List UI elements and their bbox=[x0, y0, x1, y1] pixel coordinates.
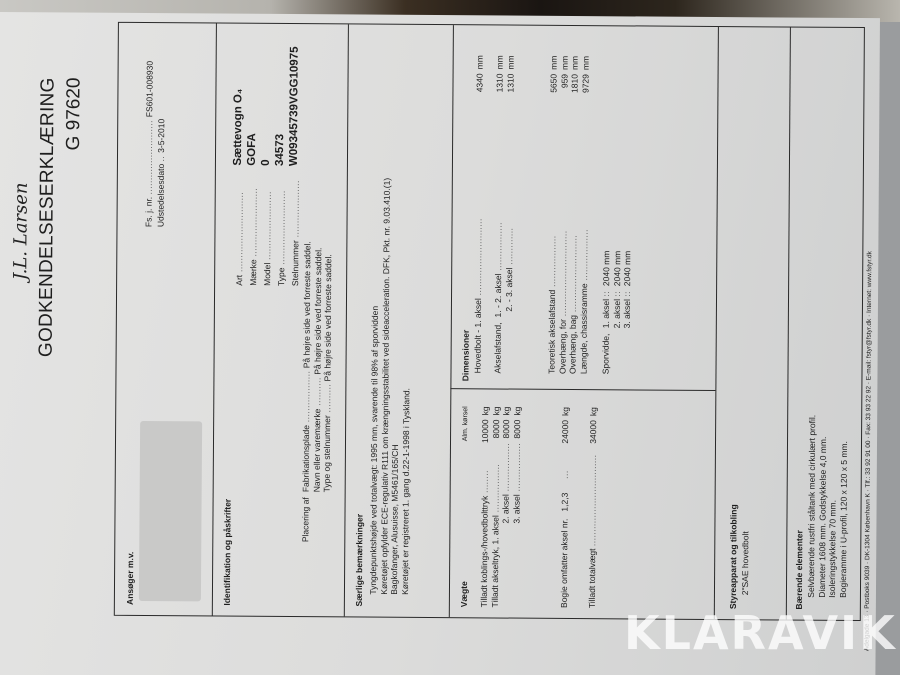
applicant-heading: Ansøger m.v. bbox=[125, 552, 135, 605]
weights-dimensions-row: Vægte Alm. kørsel Tilladt koblings-/hove… bbox=[449, 25, 719, 619]
fs-journal-value: FS601-008930 bbox=[144, 61, 154, 117]
remark-line: Køretøjet er registreret 1. gang d.22-1-… bbox=[399, 178, 412, 595]
signature: J.L. Larsen bbox=[10, 182, 32, 280]
vehicle-field-labels: Art ............................ Mærke .… bbox=[232, 180, 303, 286]
field-stelnummer-label: Stelnummer .................... bbox=[288, 180, 303, 286]
track-item: 2. aksel :: 2040 mm bbox=[611, 251, 622, 329]
field-type-value: 34573 bbox=[273, 46, 288, 166]
placement-item: Type og stelnummer .......... På højre s… bbox=[322, 241, 334, 492]
load-bearing-lines: Selvbærende rustfri ståltank med cirkulæ… bbox=[806, 415, 849, 598]
total-weight-label: Tilladt totalvægt bbox=[587, 548, 597, 608]
placement-list: Fabrikationsplade .................. På … bbox=[301, 241, 334, 492]
placement-label: Placering af bbox=[300, 497, 311, 542]
field-art-value: Sættevogn O₄ bbox=[231, 46, 246, 166]
footer-address: Adelgade 13 · Postboks 9039 · DK-1304 Kø… bbox=[864, 251, 874, 651]
fs-journal-label: Fs. j. nr. bbox=[144, 197, 154, 227]
column-divider bbox=[450, 388, 715, 391]
title-block: GODKENDELSESERKLÆRING G 97620 bbox=[33, 77, 37, 657]
other-dimensions-labels: Teoretisk akselafstand .................… bbox=[546, 229, 589, 374]
dimension-label: Længde, chassisramme .................. bbox=[578, 229, 590, 374]
bogie-label: Bogie omfatter aksel nr. bbox=[559, 519, 570, 608]
load-bearing-line: Isoleringstykkelse 70 mm. bbox=[827, 415, 839, 598]
weights-column-header: Alm. kørsel bbox=[462, 401, 469, 441]
fs-journal: Fs. j. nr. .......................... FS… bbox=[144, 61, 156, 227]
remarks-heading: Særlige bemærkninger bbox=[354, 514, 365, 607]
total-weight-row: Tilladt totalvægt ......................… bbox=[587, 454, 599, 608]
row-divider bbox=[786, 28, 791, 620]
weight-label: 3. aksel ................. bbox=[510, 443, 522, 608]
vehicle-field-values: Sættevogn O₄ GOFA 0 34573 W09345739VGG10… bbox=[231, 46, 302, 166]
bogie-value: 24000kg bbox=[560, 402, 571, 452]
weights-axle-values: 10000kg 8000kg 8000kg 8000kg bbox=[480, 401, 522, 451]
field-model-value: 0 bbox=[259, 46, 274, 166]
bogie-row: Bogie omfatter aksel nr. 1,2,3 ... bbox=[559, 470, 570, 608]
remarks-row: Særlige bemærkninger Tyngdepunktshøjde v… bbox=[344, 24, 454, 617]
document-title: GODKENDELSESERKLÆRING bbox=[36, 77, 60, 357]
axle-spacing-list: 1. - 2. aksel ................. 2. - 3. … bbox=[493, 222, 515, 318]
rotated-page: GODKENDELSESERKLÆRING G 97620 J.L. Larse… bbox=[0, 20, 880, 675]
track-item: 1. aksel :: 2040 mm bbox=[601, 251, 612, 329]
kingpin-value: 4340mm bbox=[474, 55, 485, 105]
field-type-label: Type .......................... bbox=[274, 180, 289, 286]
form-table: Ansøger m.v. Fs. j. nr. ................… bbox=[114, 22, 865, 621]
track-list: 1. aksel :: 2040 mm 2. aksel :: 2040 mm … bbox=[601, 251, 633, 329]
track-label: Sporvidde, bbox=[600, 334, 611, 375]
weights-axle-labels: Tilladt koblings-/hovedbolttryk ........… bbox=[479, 443, 522, 608]
weight-value: 10000kg bbox=[480, 401, 491, 451]
steering-line: 2"SAE hovedbolt bbox=[740, 531, 751, 595]
weight-label: Tilladt akseltryk, 1. aksel ............… bbox=[489, 443, 501, 608]
load-bearing-heading: Bærende elementer bbox=[794, 530, 805, 609]
identification-heading: Identifikation og påskrifter bbox=[222, 499, 233, 606]
weight-value: 8000kg bbox=[501, 402, 512, 452]
axle-spacing-item: 2. - 3. aksel ............. bbox=[503, 222, 514, 318]
axle-spacing-item: 1. - 2. aksel ................. bbox=[493, 222, 504, 318]
watermark-logo: KLARAVIK bbox=[624, 606, 897, 660]
identification-row: Identifikation og påskrifter Placering a… bbox=[212, 24, 349, 617]
steering-heading: Styreapparat og tilkobling bbox=[728, 504, 739, 609]
issue-date-label: Udstedelsesdato bbox=[156, 164, 166, 227]
document-sheet: GODKENDELSESERKLÆRING G 97620 J.L. Larse… bbox=[0, 12, 880, 675]
document-number: G 97620 bbox=[63, 77, 86, 150]
weights-heading: Vægte bbox=[459, 581, 469, 607]
field-model-label: Model ........................ bbox=[260, 180, 275, 286]
field-art-label: Art ............................ bbox=[232, 180, 247, 286]
weight-value: 8000kg bbox=[511, 402, 522, 452]
axle-spacing-label: Akselafstand, bbox=[492, 322, 503, 373]
weight-value: 8000kg bbox=[490, 401, 501, 451]
kingpin-row: Hovedbolt - 1. aksel ...................… bbox=[472, 218, 484, 373]
load-bearing-line: Bogieramme i U-profil, 120 x 120 x 5 mm. bbox=[837, 415, 849, 598]
field-stelnummer-value: W09345739VGG10975 bbox=[287, 46, 302, 166]
remarks-lines: Tyngdepunktshøjde ved totalvægt: 1995 mm… bbox=[368, 178, 413, 595]
other-dimensions-values: 5650mm 959mm 1810mm 9729mm bbox=[548, 56, 590, 106]
issue-date-value: 3-5-2010 bbox=[156, 119, 166, 153]
field-maerke-label: Mærke ........................ bbox=[246, 180, 261, 286]
applicant-row: Ansøger m.v. Fs. j. nr. ................… bbox=[115, 23, 217, 616]
applicant-redacted bbox=[139, 421, 202, 601]
field-maerke-value: GOFA bbox=[245, 46, 260, 166]
axle-spacing-values: 1310mm 1310mm bbox=[494, 55, 515, 105]
total-weight-value: 34000kg bbox=[588, 402, 599, 452]
bogie-axles: 1,2,3 bbox=[560, 493, 570, 512]
issue-date: Udstedelsesdato .. 3-5-2010 bbox=[156, 119, 167, 227]
load-bearing-line: Selvbærende rustfri ståltank med cirkulæ… bbox=[806, 415, 818, 598]
dimensions-heading: Dimensioner bbox=[460, 330, 470, 382]
track-item: 3. aksel :: 2040 mm bbox=[622, 251, 633, 329]
steering-bearing-row: Styreapparat og tilkobling 2"SAE hovedbo… bbox=[714, 27, 864, 620]
